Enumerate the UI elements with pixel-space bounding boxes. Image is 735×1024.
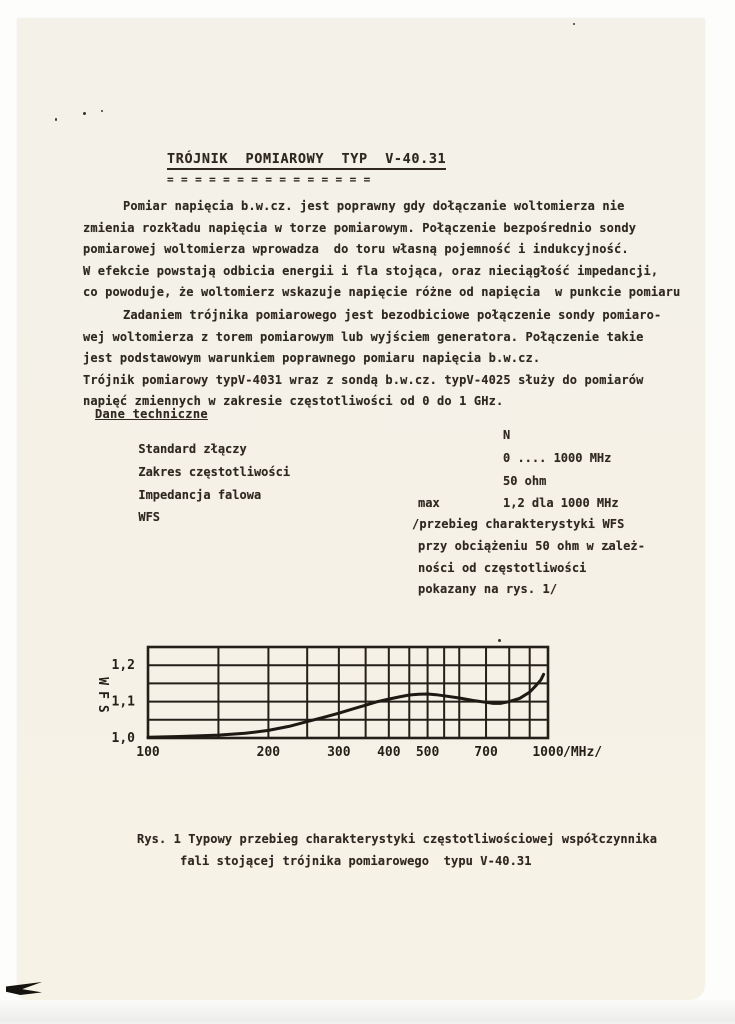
x-tick-label: 300 (327, 745, 351, 760)
scanned-document-page: { "document": { "title": "TRÓJNIK POMIAR… (0, 0, 735, 1024)
paragraph-line: Pomiar napięcia b.w.cz. jest poprawny gd… (83, 196, 688, 218)
scan-speck (83, 112, 86, 115)
note-line: /przebieg charakterystyki WFS (412, 514, 645, 536)
scan-speck (101, 110, 103, 112)
figure-caption: Rys. 1 Typowy przebieg charakterystyki c… (137, 828, 657, 872)
wfs-note: /przebieg charakterystyki WFS przy obcią… (412, 514, 645, 601)
scan-background (0, 1000, 735, 1024)
document-title: TRÓJNIK POMIAROWY TYP V-40.31 (167, 151, 446, 170)
paragraph-1: Pomiar napięcia b.w.cz. jest poprawny gd… (83, 196, 688, 304)
y-tick-label: 1,2 (112, 658, 135, 673)
tech-qualifier: max (418, 496, 440, 510)
tech-value: N (503, 428, 510, 442)
paragraph-line: Trójnik pomiarowy typV-4031 wraz z sondą… (83, 370, 688, 392)
tech-row-frequency-range: Zakres częstotliwości 0 .... 1000 MHz (95, 451, 655, 474)
x-tick-label: 200 (257, 745, 281, 760)
paragraph-line: zmienia rozkładu napięcia w torze pomiar… (83, 218, 688, 240)
paragraph-line: Zadaniem trójnika pomiarowego jest bezod… (83, 305, 688, 327)
note-line: pokazany na rys. 1/ (412, 579, 645, 601)
paragraph-line: jest podstawowym warunkiem poprawnego po… (83, 348, 688, 370)
wfs-chart-svg: 10020030040050070010001,01,11,2/MHz/WFS (85, 640, 645, 772)
note-line: ności od częstotliwości (412, 558, 645, 580)
x-tick-label: 1000 (532, 745, 563, 760)
x-axis-unit-label: /MHz/ (563, 745, 602, 760)
tech-value: 0 .... 1000 MHz (503, 451, 611, 465)
paragraph-line: W efekcie powstają odbicia energii i fla… (83, 261, 688, 283)
x-tick-label: 700 (474, 745, 498, 760)
tech-value: 50 ohm (503, 474, 546, 488)
title-equals-rule: = = = = = = = = = = = = = = = (167, 173, 371, 186)
paragraph-line: pomiarowej woltomierza wprowadza do toru… (83, 239, 688, 261)
scan-speck (498, 639, 501, 642)
tech-row-impedance: Impedancja falowa 50 ohm (95, 474, 655, 497)
chart-border (148, 647, 548, 738)
x-tick-label: 400 (377, 745, 401, 760)
x-tick-label: 500 (416, 745, 440, 760)
scan-speck (55, 118, 57, 121)
paragraph-line: wej woltomierza z torem pomiarowym lub w… (83, 327, 688, 349)
tech-label: WFS (138, 510, 160, 524)
tech-row-standard: Standard złączy N (95, 428, 655, 451)
scan-speck (573, 23, 575, 25)
x-tick-labels: 1002003004005007001000 (136, 745, 564, 760)
caption-line: fali stojącej trójnika pomiarowego typu … (137, 850, 657, 872)
tech-data-table: Standard złączy N Zakres częstotliwości … (95, 428, 655, 519)
caption-line: Rys. 1 Typowy przebieg charakterystyki c… (137, 828, 657, 850)
tech-data-heading: Dane techniczne (95, 407, 208, 421)
chart-grid (148, 647, 548, 738)
paper-sheet: TRÓJNIK POMIAROWY TYP V-40.31 = = = = = … (17, 18, 705, 1000)
paragraph-2: Zadaniem trójnika pomiarowego jest bezod… (83, 305, 688, 413)
y-tick-label: 1,1 (112, 695, 136, 710)
tech-value: 1,2 dla 1000 MHz (503, 496, 619, 510)
wfs-frequency-chart: 10020030040050070010001,01,11,2/MHz/WFS (85, 640, 645, 772)
y-tick-label: 1,0 (112, 731, 136, 746)
scan-speck (640, 273, 642, 276)
y-tick-labels: 1,01,11,2 (112, 658, 136, 746)
y-axis-label: WFS (95, 677, 110, 718)
note-line: przy obciążeniu 50 ohm w zależ- (412, 536, 645, 558)
paragraph-line: co powoduje, że woltomierz wskazuje napi… (83, 282, 688, 304)
x-tick-label: 100 (136, 745, 160, 760)
scan-speck (607, 548, 609, 550)
